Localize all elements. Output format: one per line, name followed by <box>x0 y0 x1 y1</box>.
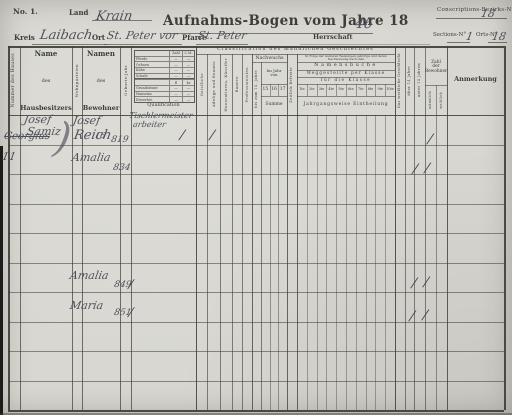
class-category-label: Bauern <box>235 76 239 92</box>
handwriting-entry: 819 <box>110 136 129 145</box>
handwriting-entry: 11 <box>1 151 17 162</box>
class-category-label: Honoratioren, Künstler <box>224 58 228 112</box>
nachwuchs-year-cell: 15 <box>261 84 270 96</box>
body-row-line <box>8 174 504 175</box>
handwriting-entry: Georgius <box>3 132 51 142</box>
ort-label: Ort <box>92 34 105 41</box>
class-number-cell: 8te <box>366 84 376 96</box>
class-number-cell: 4te <box>326 84 336 96</box>
handwriting-entry: Krain <box>95 10 134 23</box>
column-header-owner: Name des Hausbesitzers <box>20 50 72 112</box>
body-row-line <box>8 233 504 234</box>
column-header-parties: Wohnparteien <box>72 46 82 115</box>
class-category-column: Professionisten <box>242 54 252 115</box>
pfarre-blank-rule <box>196 44 248 45</box>
handwriting-entry: Laibach <box>39 29 94 42</box>
class-number-cell: 1te <box>297 84 307 96</box>
handwriting-entry: 46 <box>354 17 374 31</box>
inhabitants-label-1: Namen <box>87 50 115 57</box>
tally-mark: / <box>128 278 134 290</box>
anmerkung-column-header: Anmerkung <box>447 70 504 88</box>
column-header-inhabitants: Namen des Bewohner <box>82 50 120 112</box>
handwriting-entry: Tischlermeister <box>128 112 193 120</box>
farm-box: ZahlC.M.Pferde——Ochsen——Kühe——Schafe——fl… <box>134 50 195 103</box>
count-sub-female: weiblich <box>436 85 447 115</box>
body-row-line <box>8 292 504 293</box>
handwriting-entry: ) <box>51 118 74 158</box>
column-border <box>447 46 448 410</box>
inhabitants-label-2: des <box>97 79 106 84</box>
census-form-sheet: No. 1. Land Conscriptions-Bezirks-N° Auf… <box>0 0 512 415</box>
body-row-line <box>8 381 504 382</box>
owner-label-2: des <box>42 79 51 84</box>
parties-label: Wohnparteien <box>75 64 79 97</box>
count-sub-male-label: männlich <box>429 91 432 109</box>
nachwuchs-year-cell: 17 <box>278 84 287 96</box>
nachwuchs-title-text: Nachwuchs <box>255 56 283 61</box>
sections-number-label: Sections-N° <box>433 33 466 39</box>
tally-mark: / <box>179 129 186 142</box>
handwriting-entry: Maria <box>69 300 104 311</box>
class-number-cell: 2te <box>307 84 317 96</box>
female-col3-label: unter 14 Jahren <box>418 63 422 97</box>
class-number-cell: 5te <box>336 84 346 96</box>
handwriting-entry: Amalia <box>69 270 109 281</box>
weisungen-line1-text: In Folge der weiteren Weisungen gehörige… <box>297 55 395 61</box>
handwriting-entry: Josef <box>23 114 52 125</box>
female-column-2: über 14 Jahre <box>405 46 415 115</box>
weisungen-line2: Namensbuche <box>297 62 395 70</box>
column-border <box>436 85 437 410</box>
tally-mark: / <box>423 276 430 289</box>
tally-mark: / <box>128 306 134 318</box>
owner-label-1: Name <box>35 50 58 57</box>
anmerkung-label: Anmerkung <box>454 76 497 83</box>
farm-box-caption: Qualification <box>134 101 193 110</box>
column-border <box>504 46 506 410</box>
land-label: Land <box>69 9 88 16</box>
female-column-1: Das weibliche Geschlecht <box>395 46 405 115</box>
owner-label-3: Hausbesitzers <box>20 105 71 112</box>
tally-mark: / <box>209 129 216 142</box>
class-category-label: Geistliche <box>200 73 204 96</box>
class-number-cell: 7te <box>356 84 366 96</box>
weisungen-line4: für die Klasse <box>297 77 395 84</box>
handwriting-entry: St. Peter vor <box>106 30 178 41</box>
class-number-cell: 10te <box>385 84 395 96</box>
handwriting-entry: 1 <box>465 31 474 42</box>
body-row-line <box>8 204 504 205</box>
class-number-cell: 6te <box>346 84 356 96</box>
kreis-blank-rule <box>32 44 107 45</box>
count-sub-male: männlich <box>425 85 436 115</box>
header-border <box>297 96 395 97</box>
tally-mark: / <box>411 277 418 290</box>
female-column-3: unter 14 Jahren <box>414 46 425 115</box>
count-header-3: Bewohner <box>425 70 447 75</box>
scan-edge-left <box>0 146 3 415</box>
classification-title: Classification des männlichen Geschlecht… <box>196 46 395 54</box>
weisungen-line1: In Folge der weiteren Weisungen gehörige… <box>297 55 395 62</box>
conscription-blank-rule <box>436 18 507 19</box>
nachwuchs-side-label: bis zum 14. Jahre <box>255 70 259 108</box>
summe-label: Summe <box>265 103 282 108</box>
namensbuche-label: Namensbuche <box>314 63 378 68</box>
count-sub-female-label: weiblich <box>440 92 443 109</box>
nachwuchs-title: Nachwuchs <box>252 55 287 62</box>
jahrgang-label: Jahrgangsweise Eintheilung <box>304 103 389 108</box>
handwriting-entry: 18 <box>491 31 507 42</box>
befreite-column: Zeitlich Befreite <box>287 54 297 115</box>
handwriting-entry: Amalia <box>71 152 111 163</box>
weisungen-line3-text: Weggestellte per Klasse <box>307 71 386 75</box>
body-row-line <box>8 322 504 323</box>
female-col2-label: über 14 Jahre <box>408 66 412 96</box>
befreite-label: Zeitlich Befreite <box>290 67 294 103</box>
ort-blank-rule <box>104 44 182 45</box>
qualification-label: Qualification <box>147 103 179 108</box>
kreis-label: Kreis <box>14 34 35 41</box>
handwriting-entry: 18 <box>480 8 496 19</box>
weisungen-line4-text: für die Klasse <box>321 78 371 82</box>
conscription-district-label: Conscriptions-Bezirks-N° <box>437 8 512 14</box>
handwriting-entry: St. Peter <box>197 30 248 41</box>
class-category-column: Honoratioren, Künstler <box>220 54 232 115</box>
jahrgang-row: Jahrgangsweise Eintheilung <box>297 98 395 113</box>
class-number-cell: 3te <box>317 84 327 96</box>
handwriting-entry: Josef <box>72 115 101 126</box>
class-category-column: Adelige und Beamte <box>207 54 220 115</box>
class-category-column: Geistliche <box>197 54 208 115</box>
nachwuchs-year-cell: 16 <box>270 84 279 96</box>
birth-year-label: Geburts-Jahr <box>124 65 128 96</box>
nachwuchs-side-column: bis zum 14. Jahre <box>252 62 261 115</box>
column-border <box>131 46 132 410</box>
form-number-label: No. 1. <box>13 8 38 16</box>
house-number-label: Nummer des Hauses <box>12 53 17 108</box>
nachwuchs-mid-2: von <box>270 73 277 77</box>
weisungen-line3: Weggestellte per Klasse <box>297 70 395 77</box>
class-category-label: Adelige und Beamte <box>212 61 216 107</box>
class-number-cell: 9te <box>375 84 385 96</box>
herrschaft-blank-rule <box>300 44 430 45</box>
nachwuchs-sum: Summe <box>261 96 287 115</box>
herrschaft-label: Herrschaft <box>313 34 352 41</box>
tally-mark: / <box>422 309 429 322</box>
column-header-birth-year: Geburts-Jahr <box>120 46 131 115</box>
table-bottom-border <box>8 410 504 412</box>
class-category-label: Professionisten <box>245 67 249 103</box>
column-header-house-number: Nummer des Hauses <box>8 46 20 115</box>
handwriting-entry: 834 <box>112 164 131 173</box>
body-row-line <box>8 263 504 264</box>
inhabitants-label-3: Bewohner <box>83 105 120 112</box>
body-row-line <box>8 351 504 352</box>
nachwuchs-mid-header: Im Jahr von <box>261 62 287 84</box>
female-col1-label: Das weibliche Geschlecht <box>398 53 402 108</box>
class-category-column: Bauern <box>232 54 242 115</box>
handwriting-entry: arbeiter <box>132 121 166 129</box>
count-header: Zahl der Bewohner <box>425 50 447 85</box>
handwriting-entry: Reich <box>73 129 113 142</box>
classification-title-text: Classification des männlichen Geschlecht… <box>217 47 374 52</box>
